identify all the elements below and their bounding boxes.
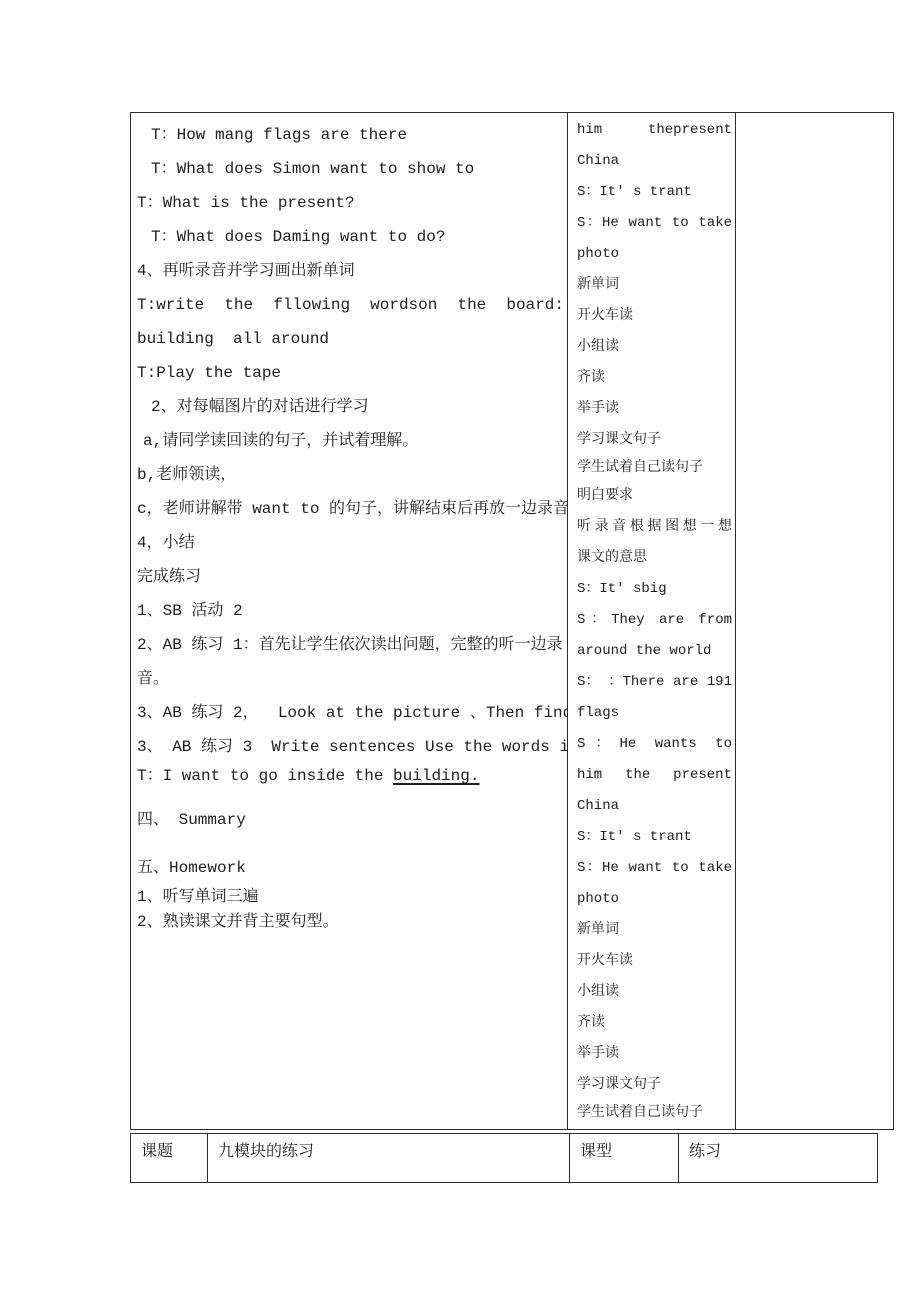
- text-line: photo: [577, 884, 735, 915]
- text-line: T：What does Simon want to show to: [137, 152, 567, 186]
- text-line: 新单词: [577, 915, 735, 946]
- text-line: 齐读: [577, 1008, 735, 1039]
- text-line: 举手读: [577, 1039, 735, 1070]
- underlined-text: building.: [393, 767, 479, 785]
- text-line: S：He wants to show: [577, 729, 735, 760]
- text-line: T:write the fllowing wordson the board: …: [137, 288, 567, 322]
- text-line: 完成练习: [137, 560, 567, 594]
- text-segment: T：I want to go inside the: [137, 767, 393, 785]
- lesson-type-value: 练习: [678, 1134, 877, 1182]
- text-line: 3、 AB 练习 3 Write sentences Use the words…: [137, 730, 567, 764]
- text-line: S：It' s trant: [577, 177, 735, 208]
- text-line: S：They are from all: [577, 605, 735, 636]
- teaching-steps-column: T：How mang flags are thereT：What does Si…: [131, 113, 567, 1129]
- lesson-type-label: 课型: [569, 1134, 678, 1182]
- text-line: 课文的意思: [577, 543, 735, 574]
- text-line: him the present from: [577, 760, 735, 791]
- text-line: 小组读: [577, 332, 735, 363]
- text-line: a,请同学读回读的句子，并试着理解。: [137, 424, 567, 458]
- lesson-title-label: 课题: [131, 1134, 207, 1182]
- text-line: around the world: [577, 636, 735, 667]
- text-line: 4、再听录音并学习画出新单词: [137, 254, 567, 288]
- text-line: 举手读: [577, 394, 735, 425]
- text-line: b,老师领读，: [137, 458, 567, 492]
- text-line: 2、AB 练习 1：首先让学生依次读出问题，完整的听一边录: [137, 628, 567, 662]
- text-line: 1、SB 活动 2: [137, 594, 567, 628]
- text-line: 学习课文句子: [577, 425, 735, 456]
- text-line: 开火车读: [577, 301, 735, 332]
- text-line: 开火车读: [577, 946, 735, 977]
- text-line: 四、 Summary: [137, 803, 567, 837]
- text-line: S：It' s trant: [577, 822, 735, 853]
- student-activity-column: him thepresent fromChinaS：It' s trantS：H…: [567, 113, 735, 1129]
- text-line: T：What is the present?: [137, 186, 567, 220]
- text-line: him thepresent from: [577, 115, 735, 146]
- text-line: 3、AB 练习 2， Look at the picture 、Then fin…: [137, 696, 567, 730]
- text-line: S： ：There are 191: [577, 667, 735, 698]
- text-line: c，老师讲解带 want to 的句子，讲解结束后再放一边录音: [137, 492, 567, 526]
- text-line: 学生试着自己读句子: [577, 456, 735, 481]
- text-line: 音。: [137, 662, 567, 696]
- notes-column: [735, 113, 893, 1129]
- lesson-title-value: 九模块的练习: [207, 1134, 569, 1182]
- text-line: 2、熟读课文并背主要句型。: [137, 910, 567, 935]
- text-line: 五、Homework: [137, 851, 567, 885]
- text-line: S：He want to take a: [577, 208, 735, 239]
- next-lesson-header-row: 课题 九模块的练习 课型 练习: [130, 1133, 878, 1183]
- text-line: 齐读: [577, 363, 735, 394]
- text-line: 学习课文句子: [577, 1070, 735, 1101]
- text-line: building all around: [137, 322, 567, 356]
- lesson-plan-table: T：How mang flags are thereT：What does Si…: [130, 112, 894, 1130]
- text-line: 新单词: [577, 270, 735, 301]
- text-line: T:Play the tape: [137, 356, 567, 390]
- text-line: 学生试着自己读句子: [577, 1101, 735, 1126]
- lesson-plan-document-page: T：How mang flags are thereT：What does Si…: [0, 0, 920, 1302]
- text-line: 2、对每幅图片的对话进行学习: [137, 390, 567, 424]
- text-line: China: [577, 146, 735, 177]
- text-line: 明白要求: [577, 481, 735, 512]
- text-line: 小组读: [577, 977, 735, 1008]
- text-line: flags: [577, 698, 735, 729]
- text-line: T：What does Daming want to do?: [137, 220, 567, 254]
- text-line: T：How mang flags are there: [137, 118, 567, 152]
- text-line: T：I want to go inside the building.: [137, 764, 567, 789]
- text-line: photo: [577, 239, 735, 270]
- text-line: S：He want to take a: [577, 853, 735, 884]
- text-line: S：It' sbig: [577, 574, 735, 605]
- text-line: China: [577, 791, 735, 822]
- text-line: 听录音根据图想一想: [577, 512, 735, 543]
- text-line: 1、听写单词三遍: [137, 885, 567, 910]
- text-line: 4，小结: [137, 526, 567, 560]
